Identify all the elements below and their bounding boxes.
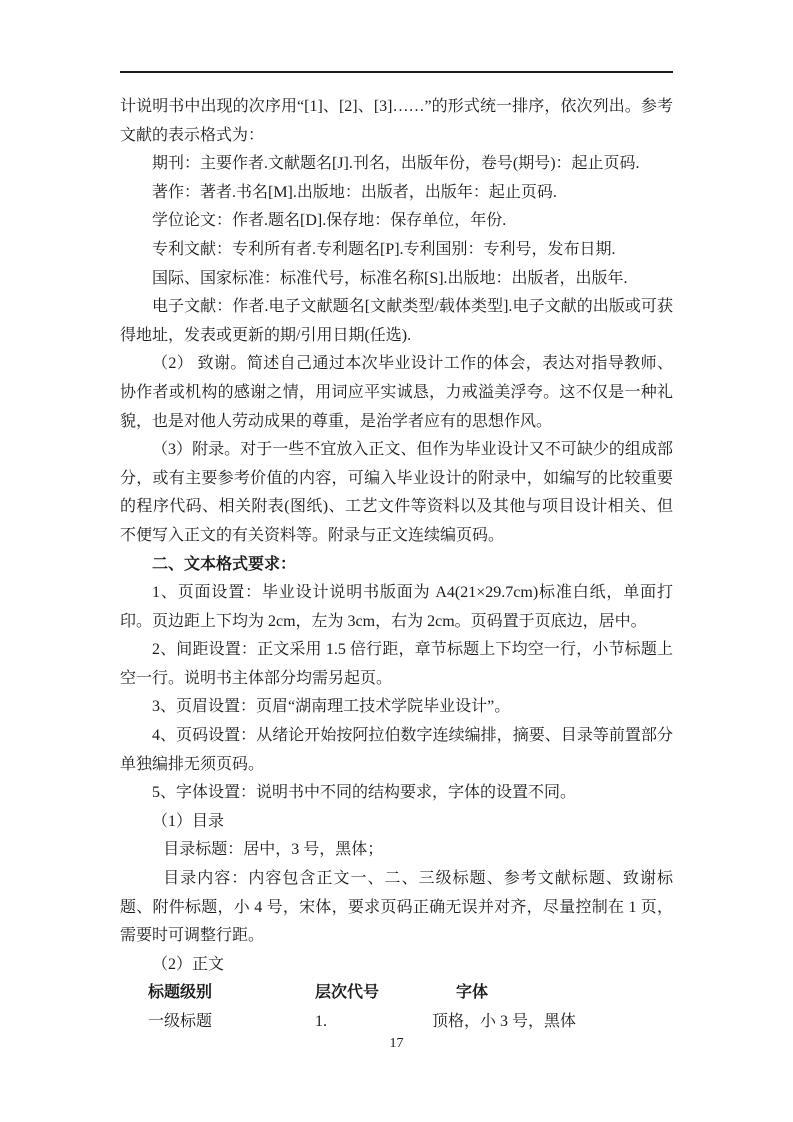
paragraph-page-setup: 1、页面设置：毕业设计说明书版面为 A4(21×29.7cm)标准白纸，单面打印… xyxy=(120,579,673,636)
paragraph-font-setup: 5、字体设置：说明书中不同的结构要求，字体的设置不同。 xyxy=(120,779,673,808)
paragraph-ref-thesis: 学位论文：作者.题名[D].保存地：保存单位，年份. xyxy=(120,207,673,236)
paragraph-ref-journal: 期刊：主要作者.文献题名[J].刊名，出版年份，卷号(期号)：起止页码. xyxy=(120,150,673,179)
subsection-toc: （1）目录 xyxy=(120,808,673,837)
paragraph-acknowledgement: （2） 致谢。简述自己通过本次毕业设计工作的体会，表达对指导教师、协作者或机构的… xyxy=(120,350,673,436)
paragraph-ref-patent: 专利文献：专利所有者.专利题名[P].专利国别：专利号，发布日期. xyxy=(120,236,673,265)
page-number: 17 xyxy=(0,1036,793,1052)
paragraph-spacing-setup: 2、间距设置：正文采用 1.5 倍行距，章节标题上下均空一行，小节标题上空一行。… xyxy=(120,636,673,693)
heading-format-table: 标题级别 层次代号 字体 一级标题 1. 顶格，小 3 号，黑体 xyxy=(120,979,673,1036)
subsection-main-text: （2）正文 xyxy=(120,951,673,980)
table-header-font: 字体 xyxy=(456,979,488,1008)
paragraph-ref-standard: 国际、国家标准：标准代号，标准名称[S].出版地：出版者，出版年. xyxy=(120,265,673,294)
table-header-level-code: 层次代号 xyxy=(315,979,379,1008)
table-header-row: 标题级别 层次代号 字体 xyxy=(120,979,673,1008)
paragraph-appendix: （3）附录。对于一些不宜放入正文、但作为毕业设计又不可缺少的组成部分，或有主要参… xyxy=(120,436,673,550)
document-page: 计说明书中出现的次序用“[1]、[2]、[3]……”的形式统一排序，依次列出。参… xyxy=(0,0,793,1122)
table-header-heading-level: 标题级别 xyxy=(148,979,212,1008)
document-body: 计说明书中出现的次序用“[1]、[2]、[3]……”的形式统一排序，依次列出。参… xyxy=(120,93,673,1037)
paragraph-toc-content: 目录内容：内容包含正文一、二、三级标题、参考文献标题、致谢标题、附件标题，小 4… xyxy=(120,865,673,951)
paragraph-pagenumber-setup: 4、页码设置：从绪论开始按阿拉伯数字连续编排，摘要、目录等前置部分单独编排无须页… xyxy=(120,722,673,779)
header-rule xyxy=(120,71,673,73)
paragraph-toc-title: 目录标题：居中，3 号，黑体； xyxy=(120,836,673,865)
table-row: 一级标题 1. 顶格，小 3 号，黑体 xyxy=(120,1008,673,1037)
paragraph-ref-electronic: 电子文献：作者.电子文献题名[文献类型/载体类型].电子文献的出版或可获得地址，… xyxy=(120,293,673,350)
paragraph-header-setup: 3、页眉设置：页眉“湖南理工技术学院毕业设计”。 xyxy=(120,693,673,722)
table-cell-heading-level: 一级标题 xyxy=(148,1008,212,1037)
section-heading-text-format: 二、文本格式要求： xyxy=(120,551,673,580)
paragraph-ref-book: 著作：著者.书名[M].出版地：出版者，出版年：起止页码. xyxy=(120,179,673,208)
paragraph-reference-order: 计说明书中出现的次序用“[1]、[2]、[3]……”的形式统一排序，依次列出。参… xyxy=(120,93,673,150)
table-cell-font: 顶格，小 3 号，黑体 xyxy=(432,1008,576,1037)
table-cell-level-code: 1. xyxy=(315,1008,327,1037)
